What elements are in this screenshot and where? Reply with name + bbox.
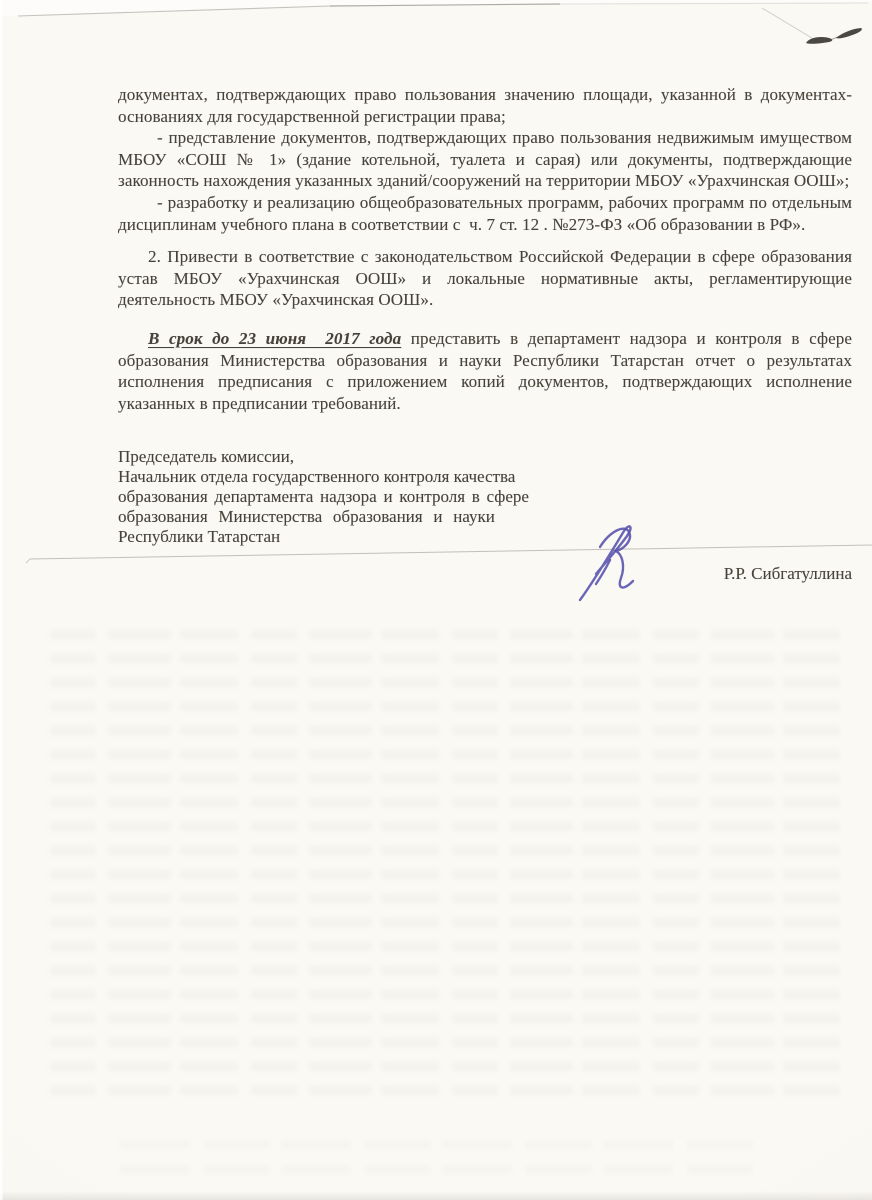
bleedthrough-texture-bottom [120, 1140, 760, 1180]
paragraph-bullet-2: - разработку и реализацию общеобразовате… [118, 192, 852, 235]
bleedthrough-texture [50, 630, 840, 1110]
paragraph-deadline: В срок до 23 июня 2017 года представить … [118, 328, 852, 414]
scan-edge-line [560, 3, 868, 4]
pen-mark-icon [806, 28, 862, 44]
scan-scratch-line [762, 8, 812, 38]
scanned-document-page: документах, подтверждающих право пользов… [0, 0, 872, 1200]
signature-block-line-4: образования Министерства образования и н… [118, 507, 548, 527]
signature-block-line-5: Республики Татарстан [118, 527, 548, 547]
paragraph-continuation: документах, подтверждающих право пользов… [118, 84, 852, 127]
paragraph-item-2: 2. Привести в соответствие с законодател… [118, 246, 852, 311]
scan-edge-line [330, 4, 560, 6]
scan-edge-line [18, 6, 330, 16]
scan-top-artifacts [0, 0, 872, 70]
signature-block-line-1: Председатель комиссии, [118, 447, 548, 467]
document-body: документах, подтверждающих право пользов… [118, 84, 852, 547]
signature-block-line-3: образования департамента надзора и контр… [118, 487, 548, 507]
paragraph-bullet-1: - представление документов, подтверждающ… [118, 127, 852, 192]
scan-edge-highlight [0, 0, 872, 16]
signature-block: Председатель комиссии, Начальник отдела … [118, 447, 548, 547]
deadline-emphasis: В срок до 23 июня 2017 года [148, 329, 401, 348]
signature-block-line-2: Начальник отдела государственного контро… [118, 467, 548, 487]
signer-name: Р.Р. Сибгатуллина [724, 564, 852, 584]
